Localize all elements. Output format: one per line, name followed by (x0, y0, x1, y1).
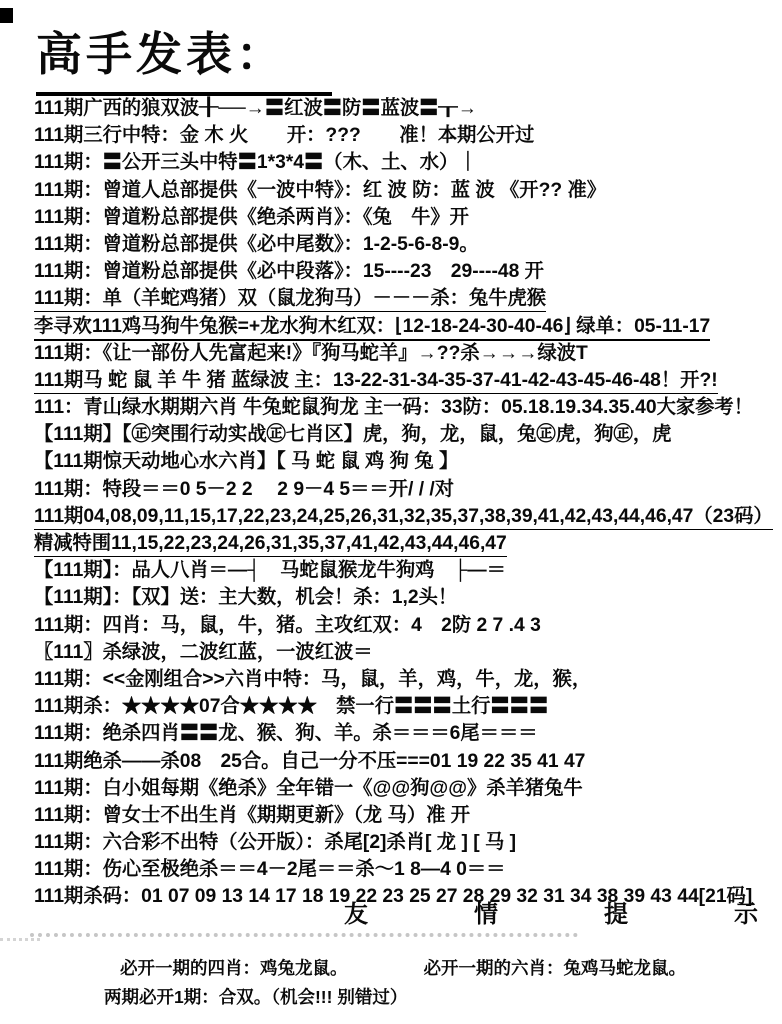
prediction-line-text: 111期：绝杀四肖〓〓龙、猴、狗、羊。杀＝＝＝6尾＝＝＝ (34, 721, 538, 746)
prediction-line-text: 111期三行中特：金 木 火 开：??? 准！本期公开过 (34, 123, 534, 148)
prediction-line: 【111期】：品人八肖＝—┤ 马蛇鼠猴龙牛狗鸡 ├—＝ (34, 557, 774, 584)
prediction-line-text: 111期：四肖：马，鼠，牛，猪。主攻红双：4 2防 2 7 .4 3 (34, 613, 541, 638)
prediction-line-text: 111：青山绿水期期六肖 牛兔蛇鼠狗龙 主一码：33防：05.18.19.34.… (34, 395, 753, 420)
prediction-line: 111期：<<金刚组合>>六肖中特：马，鼠，羊，鸡，牛，龙，猴， (34, 666, 774, 693)
faded-print-artifact-left (0, 938, 40, 941)
prediction-line-text: 111期：〓公开三头中特〓1*3*4〓（木、土、水）｜ (34, 150, 478, 175)
prediction-line: 111期：曾道人总部提供《一波中特》：红 波 防：蓝 波 《开?? 准》 (34, 177, 774, 204)
prediction-line: 111期：白小姐每期《绝杀》全年错一《@@狗@@》杀羊猪兔牛 (34, 775, 774, 802)
prediction-line-text: 111期：伤心至极绝杀＝＝4－2尾＝＝杀～1 8—4 0＝＝ (34, 857, 505, 882)
notice-char: 示 (734, 894, 758, 929)
tip-six-zodiac: 必开一期的六肖：兔鸡马蛇龙鼠。 (424, 955, 687, 980)
prediction-line-text: 111期04,08,09,11,15,17,22,23,24,25,26,31,… (34, 504, 773, 530)
prediction-line: 111期三行中特：金 木 火 开：??? 准！本期公开过 (34, 122, 774, 149)
prediction-line: 【111期惊天动地心水六肖】【 马 蛇 鼠 鸡 狗 兔 】 (34, 448, 774, 475)
prediction-line: 111期04,08,09,11,15,17,22,23,24,25,26,31,… (34, 503, 774, 530)
prediction-line-text: 111期：<<金刚组合>>六肖中特：马，鼠，羊，鸡，牛，龙，猴， (34, 667, 591, 692)
prediction-line-text: 111期：六合彩不出特（公开版）：杀尾[2]杀肖[ 龙 ] [ 马 ] (34, 830, 516, 855)
prediction-line: 111期：四肖：马，鼠，牛，猪。主攻红双：4 2防 2 7 .4 3 (34, 612, 774, 639)
prediction-line: 精减特围11,15,22,23,24,26,31,35,37,41,42,43,… (34, 530, 774, 557)
prediction-line: 111期：绝杀四肖〓〓龙、猴、狗、羊。杀＝＝＝6尾＝＝＝ (34, 720, 774, 747)
prediction-line: 111期：曾道粉总部提供《必中段落》：15----23 29----48 开 (34, 258, 774, 285)
faded-print-artifact (30, 933, 578, 937)
prediction-line: 【111期】：【双】送：主大数，机会！杀：1,2头！ (34, 584, 774, 611)
prediction-line: 111期：曾道粉总部提供《绝杀两肖》：《兔 牛》开 (34, 204, 774, 231)
notice-char: 提 (604, 894, 628, 929)
prediction-line: 【111期】【㊣突围行动实战㊣七肖区】虎，狗，龙，鼠，兔㊣虎，狗㊣，虎 (34, 421, 774, 448)
prediction-line-text: 【111期】：【双】送：主大数，机会！杀：1,2头！ (34, 585, 457, 610)
prediction-line-text: 李寻欢111鸡马狗牛兔猴=+龙水狗木红双：⌊12-18-24-30-40-46⌋… (34, 314, 710, 341)
prediction-line: 111期：单（羊蛇鸡猪）双（鼠龙狗马）－－－杀：兔牛虎猴 (34, 285, 774, 312)
scan-artifact-mark (0, 8, 13, 23)
prediction-line: 111期：伤心至极绝杀＝＝4－2尾＝＝杀～1 8—4 0＝＝ (34, 856, 774, 883)
prediction-line: 李寻欢111鸡马狗牛兔猴=+龙水狗木红双：⌊12-18-24-30-40-46⌋… (34, 313, 774, 340)
bottom-tips-row: 必开一期的四肖：鸡兔龙鼠。 必开一期的六肖：兔鸡马蛇龙鼠。 (120, 955, 686, 980)
prediction-line-text: 111期：曾道粉总部提供《必中段落》：15----23 29----48 开 (34, 259, 544, 284)
prediction-line-text: 【111期惊天动地心水六肖】【 马 蛇 鼠 鸡 狗 兔 】 (34, 449, 458, 474)
prediction-line-text: 〖111〗杀绿波，二波红蓝，一波红波＝ (34, 640, 373, 665)
prediction-line-text: 111期马 蛇 鼠 羊 牛 猪 蓝绿波 主：13-22-31-34-35-37-… (34, 368, 718, 394)
prediction-line: 111期马 蛇 鼠 羊 牛 猪 蓝绿波 主：13-22-31-34-35-37-… (34, 367, 774, 394)
prediction-line-text: 111期：单（羊蛇鸡猪）双（鼠龙狗马）－－－杀：兔牛虎猴 (34, 286, 546, 312)
notice-char: 情 (474, 894, 498, 929)
prediction-line: 111期绝杀——杀08 25合。自己一分不压===01 19 22 35 41 … (34, 748, 774, 775)
prediction-line: 〖111〗杀绿波，二波红蓝，一波红波＝ (34, 639, 774, 666)
prediction-line: 111期：〓公开三头中特〓1*3*4〓（木、土、水）｜ (34, 149, 774, 176)
prediction-line-text: 111期杀：★★★★07合★★★★ 禁一行〓〓〓土行〓〓〓 (34, 694, 548, 719)
tip-four-zodiac: 必开一期的四肖：鸡兔龙鼠。 (120, 955, 348, 980)
prediction-line-text: 111期：曾道粉总部提供《绝杀两肖》：《兔 牛》开 (34, 205, 469, 230)
prediction-line: 111：青山绿水期期六肖 牛兔蛇鼠狗龙 主一码：33防：05.18.19.34.… (34, 394, 774, 421)
page-title: 高手发表： (36, 18, 332, 96)
prediction-line-text: 111期：曾女士不出生肖《期期更新》（龙 马）准 开 (34, 803, 470, 828)
prediction-line-text: 111期广西的狼双波╂──→〓红波〓防〓蓝波〓┰→ (34, 96, 477, 121)
prediction-line-text: 【111期】：品人八肖＝—┤ 马蛇鼠猴龙牛狗鸡 ├—＝ (34, 558, 506, 583)
prediction-line: 111期杀：★★★★07合★★★★ 禁一行〓〓〓土行〓〓〓 (34, 693, 774, 720)
friendly-notice: 友情提示 (344, 894, 758, 929)
tip-two-period: 两期必开1期：合双。（机会!!! 别错过） (104, 984, 407, 1009)
prediction-line: 111期广西的狼双波╂──→〓红波〓防〓蓝波〓┰→ (34, 95, 774, 122)
prediction-line-text: 精减特围11,15,22,23,24,26,31,35,37,41,42,43,… (34, 531, 507, 557)
prediction-lines: 111期广西的狼双波╂──→〓红波〓防〓蓝波〓┰→111期三行中特：金 木 火 … (34, 95, 774, 911)
prediction-line-text: 111期：《让一部份人先富起来!》『狗马蛇羊』→??杀→→→绿波T (34, 341, 588, 366)
lottery-tip-sheet: 高手发表： 111期广西的狼双波╂──→〓红波〓防〓蓝波〓┰→111期三行中特：… (0, 0, 782, 1024)
notice-char: 友 (344, 894, 368, 929)
prediction-line: 111期：《让一部份人先富起来!》『狗马蛇羊』→??杀→→→绿波T (34, 340, 774, 367)
prediction-line-text: 111期：白小姐每期《绝杀》全年错一《@@狗@@》杀羊猪兔牛 (34, 776, 583, 801)
prediction-line-text: 111期：曾道粉总部提供《必中尾数》：1-2-5-6-8-9。 (34, 232, 479, 257)
prediction-line-text: 【111期】【㊣突围行动实战㊣七肖区】虎，狗，龙，鼠，兔㊣虎，狗㊣，虎 (34, 422, 671, 447)
prediction-line: 111期：特段＝＝0 5－2 2 2 9－4 5＝＝开/ / /对 (34, 476, 774, 503)
prediction-line-text: 111期：曾道人总部提供《一波中特》：红 波 防：蓝 波 《开?? 准》 (34, 178, 606, 203)
prediction-line: 111期：六合彩不出特（公开版）：杀尾[2]杀肖[ 龙 ] [ 马 ] (34, 829, 774, 856)
prediction-line-text: 111期：特段＝＝0 5－2 2 2 9－4 5＝＝开/ / /对 (34, 477, 454, 502)
prediction-line: 111期：曾女士不出生肖《期期更新》（龙 马）准 开 (34, 802, 774, 829)
prediction-line-text: 111期绝杀——杀08 25合。自己一分不压===01 19 22 35 41 … (34, 749, 585, 774)
prediction-line: 111期：曾道粉总部提供《必中尾数》：1-2-5-6-8-9。 (34, 231, 774, 258)
